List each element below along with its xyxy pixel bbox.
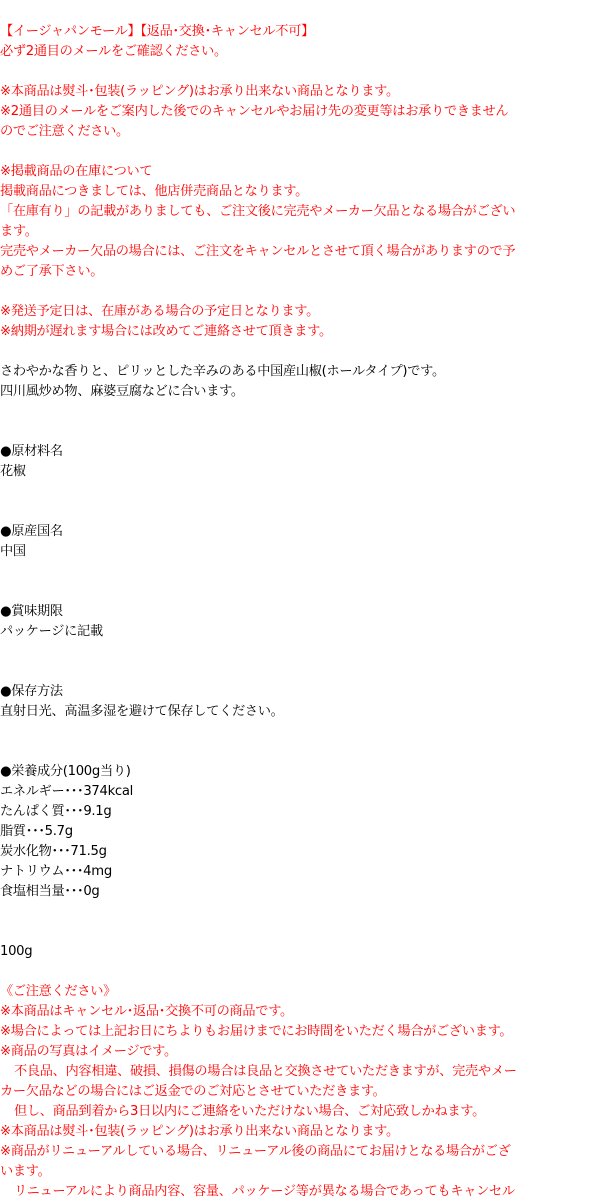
caution-line: ※本商品は熨斗･包装(ラッピング)はお承り出来ない商品となります。 [0, 1122, 600, 1142]
stock-notice-line: めご了承下さい。 [0, 262, 600, 282]
spec-storage: ●保存方法 直射日光、高温多湿を避けて保存してください。 [0, 682, 600, 722]
spacer [0, 422, 600, 442]
caution-heading: 《ご注意ください》 [0, 982, 600, 1002]
stock-notice-line: 完売やメーカー欠品の場合には、ご注文をキャンセルとさせて頂く場合がありますので予 [0, 242, 600, 262]
spec-heading: ●原材料名 [0, 442, 600, 462]
wrapping-notice-line: ※2通目のメールをご案内した後でのキャンセルやお届け先の変更等はお承りできません [0, 102, 600, 122]
spec-heading: ●保存方法 [0, 682, 600, 702]
caution-line: います。 [0, 1162, 600, 1182]
spacer [0, 962, 600, 982]
spacer [0, 282, 600, 302]
description-line: 四川風炒め物、麻婆豆腐などに合います。 [0, 382, 600, 402]
shipping-notice: ※発送予定日は、在庫がある場合の予定日となります。 ※納期が遅れます場合には改め… [0, 302, 600, 342]
spacer [0, 722, 600, 742]
spacer [0, 922, 600, 942]
wrapping-notice: ※本商品は熨斗･包装(ラッピング)はお承り出来ない商品となります。 ※2通目のメ… [0, 82, 600, 142]
caution-line: ※商品の写真はイメージです。 [0, 1042, 600, 1062]
spec-heading: ●原産国名 [0, 522, 600, 542]
spacer [0, 142, 600, 162]
spec-origin: ●原産国名 中国 [0, 522, 600, 562]
header-notice-line: 【イージャパンモール】【返品･交換･キャンセル不可】 [0, 22, 600, 42]
stock-notice: ※掲載商品の在庫について 掲載商品につきましては、他店併売商品となります。 「在… [0, 162, 600, 282]
shipping-notice-line: ※発送予定日は、在庫がある場合の予定日となります。 [0, 302, 600, 322]
stock-notice-line: ます。 [0, 222, 600, 242]
spec-ingredients: ●原材料名 花椒 [0, 442, 600, 482]
spec-value: 花椒 [0, 462, 600, 482]
nutrition-item: 食塩相当量･･･0g [0, 882, 600, 902]
spacer [0, 402, 600, 422]
content-amount: 100g [0, 942, 600, 962]
spacer [0, 642, 600, 662]
product-description: 【イージャパンモール】【返品･交換･キャンセル不可】 必ず2通目のメールをご確認… [0, 0, 600, 1200]
caution-line: 不良品、内容相違、破損、損傷の場合は良品と交換させていただきますが、完売やメー [0, 1062, 600, 1082]
product-summary: さわやかな香りと、ピリッとした辛みのある中国産山椒(ホールタイプ)です。 四川風… [0, 362, 600, 402]
spacer [0, 582, 600, 602]
stock-notice-line: 「在庫有り」の記載がありましても、ご注文後に完売やメーカー欠品となる場合がござい [0, 202, 600, 222]
nutrition-item: エネルギー･･･374kcal [0, 782, 600, 802]
caution-line: ※商品がリニューアルしている場合、リニューアル後の商品にてお届けとなる場合がござ [0, 1142, 600, 1162]
caution-notice: 《ご注意ください》 ※本商品はキャンセル･返品･交換不可の商品です。 ※場合によ… [0, 982, 600, 1200]
wrapping-notice-line: ※本商品は熨斗･包装(ラッピング)はお承り出来ない商品となります。 [0, 82, 600, 102]
spec-value: パッケージに記載 [0, 622, 600, 642]
nutrition-item: 脂質･･･5.7g [0, 822, 600, 842]
caution-line: 但し、商品到着から3日以内にご連絡をいただけない場合、ご対応致しかねます。 [0, 1102, 600, 1122]
spacer [0, 62, 600, 82]
nutrition-item: ナトリウム･･･4mg [0, 862, 600, 882]
nutrition-facts: ●栄養成分(100g当り) エネルギー･･･374kcal たんぱく質･･･9.… [0, 762, 600, 902]
caution-line: カー欠品などの場合にはご返金でのご対応とさせていただきます。 [0, 1082, 600, 1102]
spacer [0, 562, 600, 582]
header-notice: 【イージャパンモール】【返品･交換･キャンセル不可】 必ず2通目のメールをご確認… [0, 22, 600, 62]
wrapping-notice-line: のでご注意ください。 [0, 122, 600, 142]
spacer [0, 902, 600, 922]
spacer [0, 502, 600, 522]
stock-notice-line: ※掲載商品の在庫について [0, 162, 600, 182]
nutrition-heading: ●栄養成分(100g当り) [0, 762, 600, 782]
spacer [0, 482, 600, 502]
spec-best-before: ●賞味期限 パッケージに記載 [0, 602, 600, 642]
nutrition-item: たんぱく質･･･9.1g [0, 802, 600, 822]
stock-notice-line: 掲載商品につきましては、他店併売商品となります。 [0, 182, 600, 202]
spacer [0, 342, 600, 362]
caution-line: ※場合によっては上記お日にちよりもお届けまでにお時間をいただく場合がございます。 [0, 1022, 600, 1042]
shipping-notice-line: ※納期が遅れます場合には改めてご連絡させて頂きます。 [0, 322, 600, 342]
header-notice-line: 必ず2通目のメールをご確認ください。 [0, 42, 600, 62]
spec-value: 中国 [0, 542, 600, 562]
caution-line: ※本商品はキャンセル･返品･交換不可の商品です。 [0, 1002, 600, 1022]
description-line: さわやかな香りと、ピリッとした辛みのある中国産山椒(ホールタイプ)です。 [0, 362, 600, 382]
spacer [0, 662, 600, 682]
nutrition-item: 炭水化物･･･71.5g [0, 842, 600, 862]
caution-line: リニューアルにより商品内容、容量、パッケージ等が異なる場合であってもキャンセル [0, 1182, 600, 1200]
spacer [0, 742, 600, 762]
spec-heading: ●賞味期限 [0, 602, 600, 622]
spec-value: 直射日光、高温多湿を避けて保存してください。 [0, 702, 600, 722]
